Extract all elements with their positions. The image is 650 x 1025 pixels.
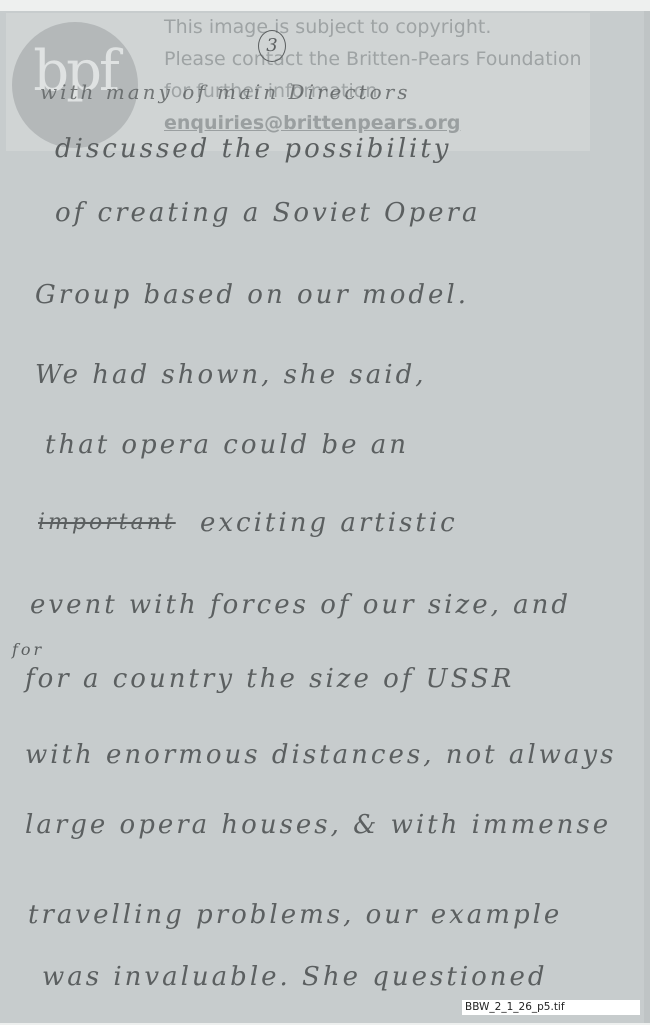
handwritten-line: We had shown, she said, bbox=[35, 360, 427, 390]
handwritten-line: event with forces of our size, and bbox=[30, 590, 571, 620]
handwritten-insertion: for bbox=[12, 640, 44, 659]
watermark-line-1: This image is subject to copyright. bbox=[164, 16, 491, 38]
handwritten-line: exciting artistic bbox=[200, 508, 458, 538]
handwritten-line: that opera could be an bbox=[45, 430, 409, 460]
filename-label: BBW_2_1_26_p5.tif bbox=[462, 1000, 640, 1015]
handwritten-line: for a country the size of USSR bbox=[25, 664, 514, 694]
handwritten-line: with many of main Directors bbox=[40, 80, 410, 104]
handwritten-line: discussed the possibility bbox=[55, 134, 451, 164]
handwritten-line: with enormous distances, not always bbox=[25, 740, 616, 770]
handwritten-line: travelling problems, our example bbox=[28, 900, 562, 930]
watermark-email-link[interactable]: enquiries@brittenpears.org bbox=[164, 112, 460, 134]
watermark-line-2: Please contact the Britten-Pears Foundat… bbox=[164, 48, 582, 70]
handwritten-line: was invaluable. She questioned bbox=[42, 962, 548, 992]
struck-word: important bbox=[38, 510, 176, 535]
page-edge bbox=[644, 11, 650, 1023]
handwritten-line: large opera houses, & with immense bbox=[25, 810, 611, 840]
handwritten-line: Group based on our model. bbox=[35, 280, 469, 310]
page-number: 3 bbox=[258, 30, 286, 62]
handwritten-line: of creating a Soviet Opera bbox=[55, 198, 480, 228]
